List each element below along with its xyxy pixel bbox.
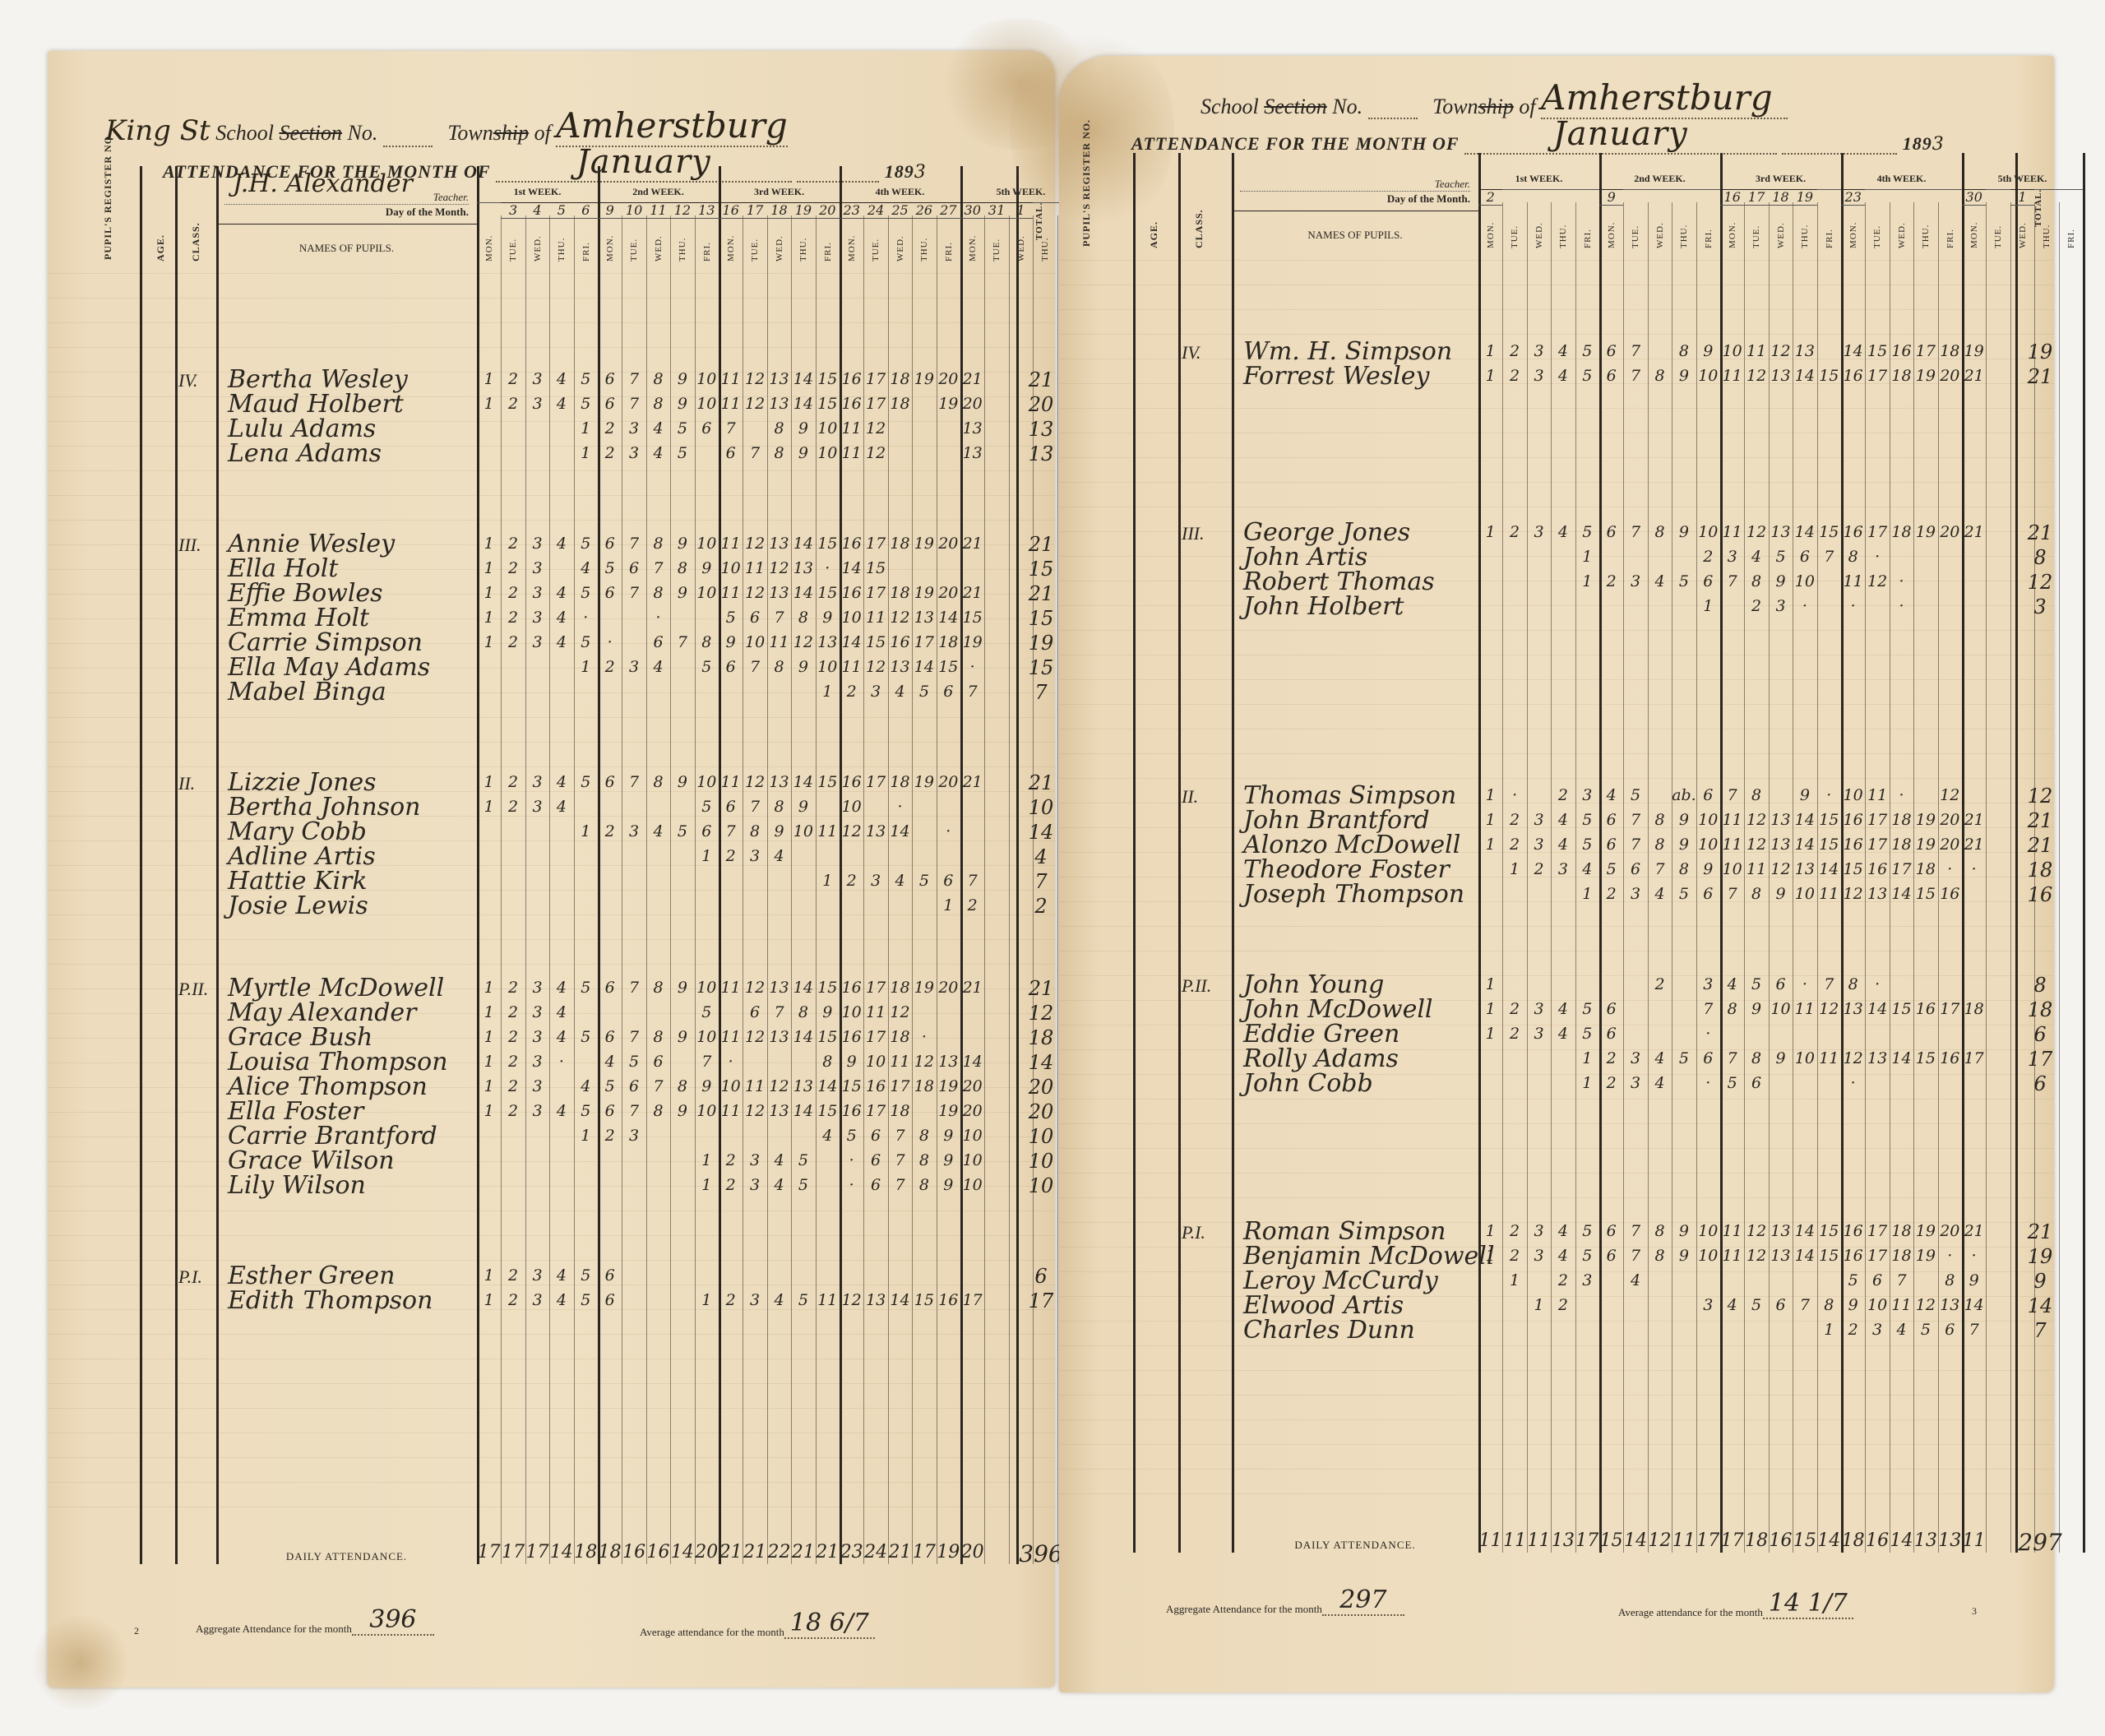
day-number: 9 [1599, 189, 1623, 206]
daily-attendance-count: 20 [695, 1542, 719, 1562]
attendance-mark: 13 [767, 584, 791, 602]
attendance-mark: · [1793, 975, 1816, 993]
attendance-mark: 13 [1793, 860, 1816, 878]
ruled-line [1059, 1493, 2054, 1494]
pupil-total: 7 [2015, 1319, 2065, 1342]
attendance-mark: 5 [791, 1176, 815, 1194]
attendance-mark: 1 [1502, 860, 1526, 878]
teacher-label: Teacher. [1240, 178, 1470, 192]
attendance-mark: 8 [1744, 572, 1768, 590]
attendance-mark: 15 [1913, 1049, 1937, 1067]
ruled-line [48, 569, 1055, 570]
attendance-mark: 8 [695, 633, 719, 651]
attendance-mark: 7 [1696, 1000, 1720, 1018]
attendance-mark: 9 [791, 798, 815, 816]
day-number: 26 [912, 202, 936, 219]
attendance-mark: 1 [477, 1291, 501, 1309]
right-page: School Section No. Township of Amherstbu… [1059, 56, 2054, 1692]
attendance-mark: 5 [719, 609, 743, 627]
attendance-mark: 18 [1890, 1222, 1913, 1240]
pupil-name: Lena Adams [228, 439, 382, 468]
daily-attendance-count: 18 [574, 1542, 598, 1562]
ruled-line [48, 495, 1055, 496]
ruled-line [1059, 1419, 2054, 1420]
attendance-mark: 8 [791, 609, 815, 627]
ruled-line [1059, 285, 2054, 285]
weekday-header: MON. [1969, 211, 1979, 248]
attendance-mark: 2 [501, 1028, 525, 1046]
attendance-mark: 4 [549, 1291, 573, 1309]
attendance-mark: 12 [888, 1003, 912, 1021]
attendance-mark: 1 [477, 535, 501, 553]
attendance-mark: 13 [888, 658, 912, 676]
attendance-mark: 17 [863, 370, 887, 388]
attendance-mark: 6 [598, 535, 622, 553]
attendance-mark: 10 [695, 773, 719, 791]
attendance-mark: 5 [1672, 1049, 1696, 1067]
attendance-mark: 2 [1599, 1074, 1623, 1092]
attendance-mark: 11 [1720, 836, 1744, 854]
attendance-mark: 11 [719, 584, 743, 602]
attendance-mark: 7 [1623, 836, 1647, 854]
attendance-mark: 20 [937, 773, 960, 791]
attendance-mark: 17 [863, 1102, 887, 1120]
attendance-mark: 5 [574, 370, 598, 388]
attendance-mark: 2 [501, 1102, 525, 1120]
attendance-mark: 21 [1962, 811, 1986, 829]
attendance-mark: 3 [525, 584, 549, 602]
average-label: Average attendance for the month [1618, 1606, 1763, 1618]
attendance-mark: 4 [1720, 1296, 1744, 1314]
attendance-mark: 4 [549, 633, 573, 651]
day-number [1938, 189, 1962, 190]
attendance-mark: 14 [1793, 1247, 1816, 1265]
attendance-mark: 11 [719, 535, 743, 553]
ruled-line [48, 273, 1055, 274]
attendance-mark: 16 [937, 1291, 960, 1309]
pupil-total: 21 [1016, 771, 1066, 794]
year-suffix: 3 [1932, 134, 1945, 155]
attendance-mark: 16 [840, 773, 863, 791]
ruled-line [48, 742, 1055, 743]
attendance-mark: 7 [1720, 572, 1744, 590]
attendance-mark: 2 [501, 798, 525, 816]
average-attendance: Average attendance for the month18 6/7 [640, 1609, 875, 1639]
attendance-mark: 7 [1623, 367, 1647, 385]
day-divider [670, 215, 671, 1564]
ruled-line [48, 1457, 1055, 1458]
attendance-mark: 3 [622, 658, 645, 676]
day-number: 2 [1478, 189, 1502, 206]
attendance-mark: 8 [1648, 523, 1672, 541]
attendance-mark: 11 [1720, 1222, 1744, 1240]
attendance-mark: 18 [888, 584, 912, 602]
daily-attendance-count: 11 [1672, 1530, 1696, 1551]
daily-attendance-count: 16 [646, 1542, 670, 1562]
class-header: CLASS. [1193, 194, 1205, 248]
attendance-mark: 20 [1938, 836, 1962, 854]
attendance-mark: 6 [598, 1291, 622, 1309]
weekday-header: FRI. [944, 224, 954, 262]
attendance-mark: · [937, 822, 960, 840]
attendance-mark: 4 [574, 1077, 598, 1095]
attendance-mark: 8 [1744, 885, 1768, 903]
attendance-mark: 7 [1623, 811, 1647, 829]
attendance-mark: 18 [1938, 342, 1962, 360]
day-number: 1 [1009, 202, 1033, 219]
attendance-mark: 10 [840, 798, 863, 816]
attendance-mark: 11 [863, 609, 887, 627]
attendance-mark: 7 [743, 658, 766, 676]
attendance-mark: 1 [816, 872, 840, 890]
attendance-mark: 5 [1769, 548, 1793, 566]
attendance-mark: 6 [1623, 860, 1647, 878]
attendance-mark: 5 [912, 872, 936, 890]
day-number: 18 [767, 202, 791, 219]
class-label: II. [178, 773, 195, 794]
ruled-line [1059, 433, 2054, 433]
attendance-mark: 3 [743, 1291, 766, 1309]
daily-attendance-count: 16 [622, 1542, 645, 1562]
aggregate-value: 396 [369, 1605, 416, 1634]
attendance-mark: 18 [888, 395, 912, 413]
attendance-mark: 16 [840, 535, 863, 553]
ruled-line [48, 520, 1055, 521]
attendance-mark: 15 [816, 395, 840, 413]
ruled-line [48, 865, 1055, 866]
attendance-mark: 10 [1696, 523, 1720, 541]
attendance-mark: 3 [1623, 1049, 1647, 1067]
attendance-mark: 4 [549, 535, 573, 553]
attendance-mark: 8 [646, 370, 670, 388]
attendance-mark: 4 [1744, 548, 1768, 566]
pupil-name: Lily Wilson [228, 1171, 366, 1200]
daily-attendance-count: 14 [1890, 1530, 1913, 1551]
attendance-mark: 7 [960, 872, 984, 890]
weekday-header: FRI. [581, 224, 591, 262]
attendance-mark: 17 [1890, 860, 1913, 878]
attendance-mark: 13 [1769, 836, 1793, 854]
daily-attendance-count: 21 [719, 1542, 743, 1562]
attendance-mark: 2 [960, 896, 984, 914]
attendance-mark: 19 [960, 633, 984, 651]
attendance-mark: 10 [695, 370, 719, 388]
ruled-line [48, 766, 1055, 767]
attendance-mark: 9 [695, 559, 719, 577]
weekday-header: FRI. [1825, 211, 1834, 248]
class-label: II. [1182, 786, 1198, 808]
attendance-mark: 1 [816, 683, 840, 701]
column-divider [175, 166, 178, 1564]
attendance-mark: 10 [816, 419, 840, 437]
attendance-mark: 10 [1696, 1222, 1720, 1240]
attendance-mark: 11 [1817, 885, 1841, 903]
attendance-mark: 2 [501, 1291, 525, 1309]
attendance-mark: · [1841, 1074, 1865, 1092]
attendance-mark: 7 [1623, 1247, 1647, 1265]
daily-attendance-count: 17 [1720, 1530, 1744, 1551]
ruled-line [1059, 729, 2054, 729]
attendance-mark: 7 [888, 1127, 912, 1145]
attendance-mark: 4 [1551, 1247, 1575, 1265]
attendance-mark: 13 [960, 444, 984, 462]
attendance-mark: 2 [501, 1077, 525, 1095]
attendance-mark: 15 [816, 535, 840, 553]
attendance-mark: 9 [937, 1151, 960, 1169]
pupil-total: 10 [1016, 796, 1066, 819]
ruled-line [48, 421, 1055, 422]
attendance-mark: 4 [1551, 523, 1575, 541]
pupil-total: 21 [1016, 582, 1066, 605]
attendance-mark: 2 [1696, 548, 1720, 566]
ruled-line [1059, 1444, 2054, 1445]
day-number: 30 [960, 202, 984, 219]
year-prefix: 189 [1903, 133, 1932, 154]
ruled-line [1059, 1197, 2054, 1198]
ruled-line [1059, 334, 2054, 335]
attendance-mark: 6 [1793, 548, 1816, 566]
daily-attendance-count: 12 [1648, 1530, 1672, 1551]
attendance-mark: 3 [1575, 786, 1599, 804]
attendance-mark: 17 [863, 395, 887, 413]
attendance-mark: 5 [695, 798, 719, 816]
attendance-mark: 2 [840, 683, 863, 701]
weekday-header: TUE. [1510, 211, 1520, 248]
attendance-mark: 6 [743, 1003, 766, 1021]
attendance-mark: 1 [1527, 1296, 1551, 1314]
ruled-line [48, 1433, 1055, 1433]
month-value: January [496, 143, 792, 183]
attendance-mark: 12 [743, 1028, 766, 1046]
attendance-mark: · [816, 559, 840, 577]
attendance-mark: 4 [1551, 1025, 1575, 1043]
attendance-mark: 3 [1551, 860, 1575, 878]
weekday-header: WED. [533, 224, 543, 262]
day-number: 4 [525, 202, 549, 219]
attendance-mark: 9 [670, 1028, 694, 1046]
day-number: 23 [840, 202, 863, 219]
attendance-mark: 14 [937, 609, 960, 627]
ruled-line [1059, 556, 2054, 557]
attendance-mark: 3 [863, 683, 887, 701]
attendance-mark: 4 [767, 1151, 791, 1169]
week-header: 4th WEEK. [1841, 173, 1962, 185]
attendance-mark: 6 [1938, 1321, 1962, 1339]
attendance-mark: 9 [767, 822, 791, 840]
attendance-mark: 11 [1817, 1049, 1841, 1067]
attendance-mark: 1 [1478, 975, 1502, 993]
attendance-mark: 3 [743, 847, 766, 865]
attendance-mark: · [840, 1151, 863, 1169]
attendance-mark: 6 [937, 683, 960, 701]
pupil-total: 14 [2015, 1294, 2065, 1317]
column-divider [140, 166, 142, 1564]
attendance-mark: 13 [1769, 367, 1793, 385]
attendance-mark: 12 [743, 395, 766, 413]
attendance-mark: 3 [1696, 975, 1720, 993]
pupil-total: 14 [1016, 1051, 1066, 1074]
attendance-mark: 7 [622, 584, 645, 602]
attendance-mark: 4 [1648, 885, 1672, 903]
attendance-mark: 1 [477, 1028, 501, 1046]
attendance-mark: 11 [1890, 1296, 1913, 1314]
attendance-mark: 5 [695, 1003, 719, 1021]
attendance-mark: 8 [791, 1003, 815, 1021]
pupil-total: 21 [2015, 521, 2065, 544]
attendance-mark: 6 [622, 559, 645, 577]
weekday-header: WED. [1016, 224, 1026, 262]
daily-attendance-count: 20 [960, 1542, 984, 1562]
attendance-mark: 4 [1575, 860, 1599, 878]
attendance-mark: 13 [1841, 1000, 1865, 1018]
attendance-mark: 15 [912, 1291, 936, 1309]
day-divider [695, 215, 696, 1564]
year-suffix: 3 [914, 162, 927, 183]
weekday-header: MON. [1607, 211, 1617, 248]
pupil-total: 19 [2015, 340, 2065, 363]
ruled-line [48, 1260, 1055, 1261]
attendance-mark: 3 [525, 559, 549, 577]
day-number [1623, 189, 1647, 190]
pupil-total: 13 [1016, 418, 1066, 441]
attendance-mark: 2 [1841, 1321, 1865, 1339]
attendance-mark: 6 [863, 1151, 887, 1169]
ruled-line [1059, 926, 2054, 927]
daily-attendance-count: 17 [477, 1542, 501, 1562]
daily-attendance-count: 11 [1502, 1530, 1526, 1551]
ruled-line [48, 914, 1055, 915]
attendance-mark: 1 [1575, 1049, 1599, 1067]
attendance-mark: 21 [1962, 367, 1986, 385]
attendance-mark: 5 [1913, 1321, 1937, 1339]
attendance-mark: · [960, 658, 984, 676]
attendance-mark: 14 [1962, 1296, 1986, 1314]
attendance-mark: 12 [791, 633, 815, 651]
attendance-mark: 18 [1890, 811, 1913, 829]
weekday-header: TUE. [871, 224, 881, 262]
day-number [1696, 189, 1720, 190]
attendance-mark: 6 [1599, 836, 1623, 854]
attendance-mark: 13 [791, 559, 815, 577]
daily-attendance-count: 13 [1938, 1530, 1962, 1551]
attendance-mark: · [719, 1053, 743, 1071]
attendance-mark: 4 [646, 822, 670, 840]
attendance-mark: 17 [1962, 1049, 1986, 1067]
attendance-mark: 7 [1623, 1222, 1647, 1240]
attendance-mark: 12 [767, 559, 791, 577]
weekday-header: MON. [1728, 211, 1737, 248]
attendance-mark: 9 [1769, 885, 1793, 903]
attendance-mark: 3 [1623, 885, 1647, 903]
attendance-mark: 12 [840, 1291, 863, 1309]
attendance-mark: 10 [863, 1053, 887, 1071]
attendance-mark: 2 [1502, 1025, 1526, 1043]
attendance-mark: 13 [767, 1102, 791, 1120]
attendance-mark: 6 [719, 658, 743, 676]
day-number: 17 [743, 202, 766, 219]
attendance-mark: 10 [960, 1151, 984, 1169]
daily-attendance-count: 24 [863, 1542, 887, 1562]
attendance-month-label: ATTENDANCE FOR THE MONTH OF [1131, 133, 1459, 154]
attendance-mark: 13 [1769, 811, 1793, 829]
ruled-line [1059, 753, 2054, 754]
attendance-mark: 21 [960, 979, 984, 997]
attendance-mark: · [1817, 786, 1841, 804]
attendance-mark: 6 [1599, 1247, 1623, 1265]
attendance-mark: 3 [525, 1102, 549, 1120]
week-header: 1st WEEK. [477, 186, 598, 198]
attendance-mark: 12 [1744, 836, 1768, 854]
attendance-mark: 12 [1913, 1296, 1937, 1314]
attendance-mark: 10 [1793, 885, 1816, 903]
pupil-total: 8 [2015, 546, 2065, 569]
attendance-mark: 5 [622, 1053, 645, 1071]
attendance-mark: 6 [1696, 572, 1720, 590]
attendance-mark: 11 [1744, 860, 1768, 878]
age-header: AGE. [155, 215, 167, 262]
weekday-header: WED. [895, 224, 905, 262]
daily-attendance-count: 21 [743, 1542, 766, 1562]
attendance-mark: 1 [1478, 1247, 1502, 1265]
ruled-line [48, 1235, 1055, 1236]
attendance-mark: 1 [1575, 548, 1599, 566]
attendance-mark: 4 [767, 1176, 791, 1194]
day-number: 23 [1841, 189, 1865, 206]
daily-attendance-count: 14 [1623, 1530, 1647, 1551]
teacher-label: Teacher. [224, 191, 469, 205]
attendance-mark: 4 [1551, 342, 1575, 360]
attendance-mark: · [840, 1176, 863, 1194]
daily-attendance-count: 17 [501, 1542, 525, 1562]
ruled-line [48, 791, 1055, 792]
attendance-mark: 12 [743, 773, 766, 791]
pupil-total: 20 [1016, 393, 1066, 416]
attendance-mark: 1 [477, 1266, 501, 1285]
attendance-mark: 8 [670, 1077, 694, 1095]
day-number [1890, 189, 1913, 190]
attendance-mark: 4 [1551, 836, 1575, 854]
attendance-mark: 15 [1817, 1247, 1841, 1265]
attendance-mark: 20 [937, 584, 960, 602]
attendance-mark: 11 [719, 773, 743, 791]
attendance-mark: 5 [791, 1291, 815, 1309]
attendance-mark: 5 [1575, 1025, 1599, 1043]
attendance-mark: 6 [719, 444, 743, 462]
average-label: Average attendance for the month [640, 1626, 784, 1638]
day-number: 5 [549, 202, 573, 219]
attendance-mark: 5 [598, 1077, 622, 1095]
attendance-mark: 2 [1599, 1049, 1623, 1067]
ruled-line [1059, 457, 2054, 458]
attendance-mark: 12 [1817, 1000, 1841, 1018]
day-divider [937, 215, 937, 1564]
attendance-mark: 8 [646, 535, 670, 553]
attendance-mark: 9 [1769, 572, 1793, 590]
attendance-mark: 3 [525, 609, 549, 627]
attendance-mark: · [912, 1028, 936, 1046]
attendance-mark: 10 [695, 979, 719, 997]
attendance-mark: 1 [1478, 523, 1502, 541]
attendance-mark: 9 [1696, 860, 1720, 878]
attendance-mark: 14 [791, 773, 815, 791]
attendance-mark: 11 [1720, 1247, 1744, 1265]
attendance-mark: 1 [477, 1053, 501, 1071]
attendance-mark: 1 [695, 1151, 719, 1169]
attendance-mark: 7 [622, 1102, 645, 1120]
attendance-mark: 3 [525, 773, 549, 791]
attendance-mark: 3 [525, 535, 549, 553]
attendance-mark: 16 [863, 1077, 887, 1095]
